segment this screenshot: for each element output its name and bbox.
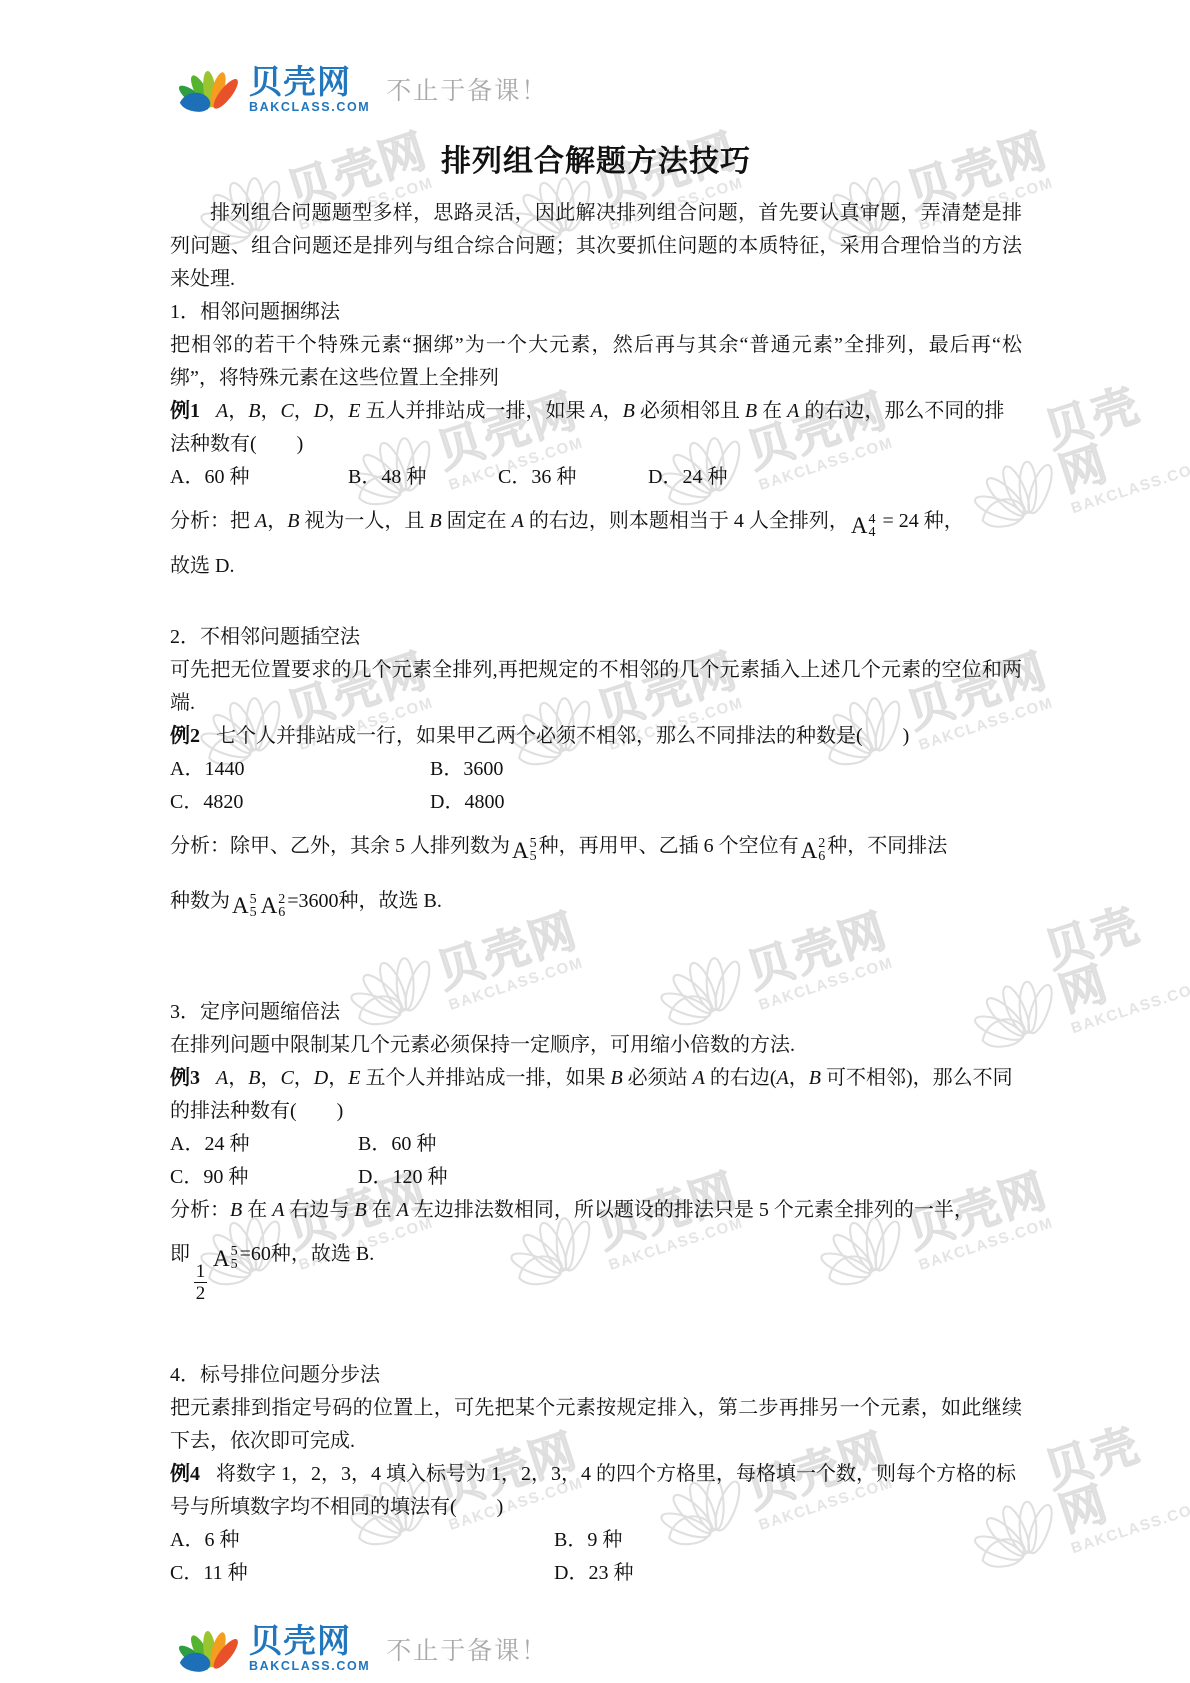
brand-text: 贝壳网 BAKCLASS.COM: [249, 1624, 370, 1673]
analysis-line: 分析：把 A，B 视为一人，且 B 固定在 A 的右边，则本题相当于 4 人全排…: [170, 494, 1022, 550]
shell-fan-icon: [178, 58, 240, 120]
brand-domain: BAKCLASS.COM: [249, 101, 370, 114]
section-numbered-slot-steps: 4．标号排位问题分步法 把元素排到指定号码的位置上，可先把某个元素按规定排入，第…: [170, 1359, 1022, 1590]
analysis-answer: 即12A55=60种，故选 B.: [170, 1227, 1022, 1315]
example-label: 例4: [170, 1463, 200, 1485]
option-a: A．1440: [170, 753, 430, 786]
brand-domain: BAKCLASS.COM: [249, 1660, 370, 1673]
section-description: 可先把无位置要求的几个元素全排列,再把规定的不相邻的几个元素插入上述几个元素的空…: [170, 654, 1022, 720]
option-b: B．48 种: [348, 461, 498, 494]
shell-fan-icon: [178, 1618, 240, 1680]
analysis-answer: 种数为A55A26=3600种，故选 B.: [170, 874, 1022, 930]
brand-text: 贝壳网 BAKCLASS.COM: [249, 65, 370, 114]
example-label: 例1: [170, 400, 200, 422]
option-b: B．60 种: [358, 1128, 1022, 1161]
options-grid: A．1440 B．3600 C．4820 D．4800: [170, 753, 1022, 819]
option-a: A．6 种: [170, 1524, 554, 1557]
option-c: C．36 种: [498, 461, 648, 494]
option-d: D．23 种: [554, 1557, 1022, 1590]
analysis-answer: 故选 D.: [170, 550, 1022, 583]
option-b: B．9 种: [554, 1524, 1022, 1557]
example-label: 例2: [170, 725, 200, 747]
options-grid: A．6 种 B．9 种 C．11 种 D．23 种: [170, 1524, 1022, 1590]
worksheet-page: 贝壳网 BAKCLASS.COM 不止于备课！ 排列组合解题方法技巧 排列组合问…: [0, 0, 1190, 1680]
options-grid: A．24 种 B．60 种 C．90 种 D．120 种: [170, 1128, 1022, 1194]
section-heading: 1．相邻问题捆绑法: [170, 296, 1022, 329]
shell-fan-icon: [178, 1618, 240, 1680]
section-description: 把相邻的若干个特殊元素“捆绑”为一个大元素，然后再与其余“普通元素”全排列，最后…: [170, 329, 1022, 395]
option-a: A．60 种: [170, 461, 348, 494]
option-c: C．90 种: [170, 1161, 358, 1194]
example-text: A，B，C，D，E 五个人并排站成一排，如果 B 必须站 A 的右边(A，B 可…: [170, 1067, 1013, 1122]
permutation-symbol: A26: [261, 893, 286, 919]
option-c: C．11 种: [170, 1557, 554, 1590]
section-heading: 3．定序问题缩倍法: [170, 996, 1022, 1029]
option-d: D．4800: [430, 786, 1022, 819]
option-a: A．24 种: [170, 1128, 358, 1161]
permutation-symbol: A26: [801, 837, 826, 863]
brand-name: 贝壳网: [249, 65, 370, 98]
example-paragraph: 例3A，B，C，D，E 五个人并排站成一排，如果 B 必须站 A 的右边(A，B…: [170, 1062, 1022, 1128]
example-paragraph: 例1A，B，C，D，E 五人并排站成一排，如果 A，B 必须相邻且 B 在 A …: [170, 395, 1022, 461]
example-text: A，B，C，D，E 五人并排站成一排，如果 A，B 必须相邻且 B 在 A 的右…: [170, 400, 1004, 455]
brand-tagline: 不止于备课！: [386, 71, 548, 107]
example-text: 七个人并排站成一行，如果甲乙两个必须不相邻，那么不同排法的种数是( ): [216, 725, 909, 747]
option-b: B．3600: [430, 753, 1022, 786]
option-c: C．4820: [170, 786, 430, 819]
options-row: A．60 种 B．48 种 C．36 种 D．24 种: [170, 461, 1022, 494]
section-description: 把元素排到指定号码的位置上，可先把某个元素按规定排入，第二步再排另一个元素，如此…: [170, 1392, 1022, 1458]
section-heading: 2．不相邻问题插空法: [170, 621, 1022, 654]
page-title: 排列组合解题方法技巧: [170, 136, 1022, 180]
fraction: 12: [194, 1261, 207, 1304]
example-label: 例3: [170, 1067, 200, 1089]
section-description: 在排列问题中限制某几个元素必须保持一定顺序，可用缩小倍数的方法.: [170, 1029, 1022, 1062]
section-fixed-order-shrink: 3．定序问题缩倍法 在排列问题中限制某几个元素必须保持一定顺序，可用缩小倍数的方…: [170, 996, 1022, 1315]
section-adjacent-bundle: 1．相邻问题捆绑法 把相邻的若干个特殊元素“捆绑”为一个大元素，然后再与其余“普…: [170, 296, 1022, 583]
header-logo: 贝壳网 BAKCLASS.COM 不止于备课！: [178, 58, 1022, 120]
permutation-symbol: A44: [851, 513, 876, 539]
example-paragraph: 例2七个人并排站成一行，如果甲乙两个必须不相邻，那么不同排法的种数是( ): [170, 720, 1022, 753]
footer-logo: 贝壳网 BAKCLASS.COM 不止于备课！: [178, 1618, 1022, 1680]
permutation-symbol: A55: [213, 1245, 238, 1271]
example-paragraph: 例4将数字 1，2，3，4 填入标号为 1，2，3，4 的四个方格里，每格填一个…: [170, 1458, 1022, 1524]
brand-tagline: 不止于备课！: [386, 1631, 548, 1667]
option-d: D．24 种: [648, 461, 727, 494]
example-text: 将数字 1，2，3，4 填入标号为 1，2，3，4 的四个方格里，每格填一个数，…: [170, 1463, 1016, 1518]
intro-paragraph: 排列组合问题题型多样，思路灵活，因此解决排列组合问题，首先要认真审题，弄清楚是排…: [170, 197, 1022, 296]
shell-fan-icon: [178, 58, 240, 120]
analysis-block: 分析：除甲、乙外，其余 5 人排列数为A55种，再用甲、乙插 6 个空位有A26…: [170, 819, 1022, 930]
section-heading: 4．标号排位问题分步法: [170, 1359, 1022, 1392]
option-d: D．120 种: [358, 1161, 1022, 1194]
analysis-line: 分析：B 在 A 右边与 B 在 A 左边排法数相同，所以题设的排法只是 5 个…: [170, 1194, 1022, 1227]
section-nonadjacent-insert: 2．不相邻问题插空法 可先把无位置要求的几个元素全排列,再把规定的不相邻的几个元…: [170, 621, 1022, 930]
permutation-symbol: A55: [512, 837, 537, 863]
permutation-symbol: A55: [232, 893, 257, 919]
analysis-block: 分析：把 A，B 视为一人，且 B 固定在 A 的右边，则本题相当于 4 人全排…: [170, 494, 1022, 583]
analysis-line: 分析：除甲、乙外，其余 5 人排列数为A55种，再用甲、乙插 6 个空位有A26…: [170, 819, 1022, 875]
analysis-block: 分析：B 在 A 右边与 B 在 A 左边排法数相同，所以题设的排法只是 5 个…: [170, 1194, 1022, 1315]
brand-name: 贝壳网: [249, 1624, 370, 1657]
